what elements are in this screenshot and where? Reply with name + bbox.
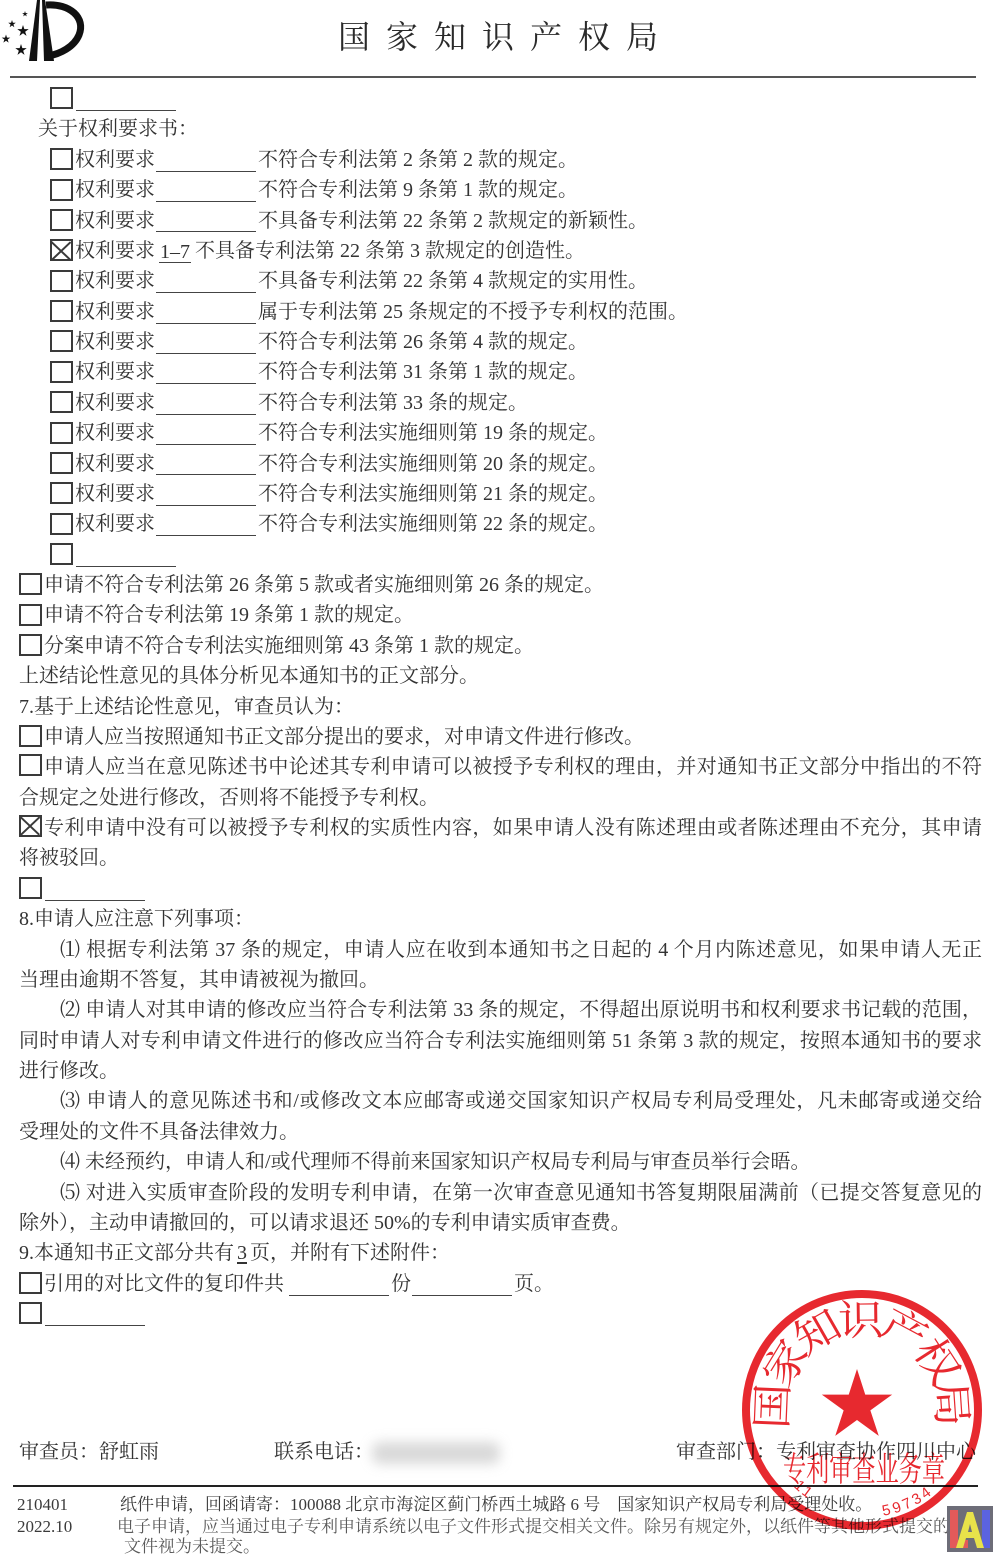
- redacted-phone: [372, 1442, 500, 1464]
- section9-heading-prefix: 9.本通知书正文部分共有: [19, 1242, 234, 1264]
- claim-item: 权利要求不符合专利法第 31 条第 1 款的规定。: [0, 357, 1000, 387]
- claim-text: 不符合专利法实施细则第 19 条的规定。: [258, 422, 608, 444]
- claim-item: 权利要求不符合专利法实施细则第 21 条的规定。: [0, 479, 1000, 509]
- notice-item-2-continued: 同时申请人对专利申请文件进行的修改应当符合专利法实施细则第 51 条第 3 款的…: [0, 1026, 1000, 1056]
- claim-item: 权利要求不符合专利法实施细则第 19 条的规定。: [0, 418, 1000, 448]
- checkbox[interactable]: [50, 543, 73, 565]
- claim-item: 权利要求不符合专利法第 26 条第 4 款的规定。: [0, 327, 1000, 357]
- other-field[interactable]: [76, 546, 176, 567]
- claim-item: 权利要求不符合专利法实施细则第 22 条的规定。: [0, 509, 1000, 539]
- checkbox[interactable]: [19, 725, 42, 747]
- claim-label: 权利要求: [75, 301, 155, 323]
- notice-item-5: ⑸ 对进入实质审查阶段的发明专利申请，在第一次审查意见通知书答复期限届满前（已提…: [0, 1178, 1000, 1208]
- checkbox[interactable]: [50, 179, 73, 201]
- claim-label: 权利要求: [75, 513, 155, 535]
- examiner-label: 审查员：: [19, 1441, 99, 1463]
- claim-item: 权利要求属于专利法第 25 条规定的不授予专利权的范围。: [0, 297, 1000, 327]
- application-item-text: 分案申请不符合专利法实施细则第 43 条第 1 款的规定。: [44, 635, 534, 657]
- application-item: 分案申请不符合专利法实施细则第 43 条第 1 款的规定。: [0, 631, 1000, 661]
- attachment-label: 引用的对比文件的复印件共: [44, 1273, 284, 1295]
- checkbox[interactable]: [50, 482, 73, 504]
- claim-label: 权利要求: [75, 361, 155, 383]
- examiner: 审查员：舒虹雨: [19, 1437, 159, 1467]
- section9-heading-suffix: 页，并附有下述附件：: [250, 1242, 450, 1264]
- checkbox[interactable]: [50, 391, 73, 413]
- claim-text: 不符合专利法实施细则第 22 条的规定。: [258, 513, 608, 535]
- notice-item-2: ⑵ 申请人对其申请的修改应当符合专利法第 33 条的规定，不得超出原说明书和权利…: [0, 995, 1000, 1025]
- checkbox[interactable]: [50, 513, 73, 535]
- application-item: 申请不符合专利法第 19 条第 1 款的规定。: [0, 600, 1000, 630]
- claim-label: 权利要求: [75, 392, 155, 414]
- form-date: 2022.10: [17, 1516, 72, 1537]
- notice-body: 关于权利要求书： 权利要求不符合专利法第 2 条第 2 款的规定。 权利要求不符…: [0, 84, 1000, 1329]
- checkbox[interactable]: [19, 877, 42, 899]
- page-count: 3: [234, 1242, 250, 1264]
- claim-item: 权利要求不符合专利法第 2 条第 2 款的规定。: [0, 145, 1000, 175]
- option-text: 申请人应当按照通知书正文部分提出的要求，对申请文件进行修改。: [44, 726, 644, 748]
- claims-heading: 关于权利要求书：: [0, 114, 1000, 144]
- claim-label: 权利要求: [75, 210, 155, 232]
- claim-text: 不符合专利法第 2 条第 2 款的规定。: [258, 149, 578, 171]
- checkbox[interactable]: [19, 1302, 42, 1324]
- notice-item-1-continued: 当理由逾期不答复，其申请被视为撤回。: [0, 965, 1000, 995]
- claim-label: 权利要求: [75, 149, 155, 171]
- application-item-text: 申请不符合专利法第 19 条第 1 款的规定。: [44, 604, 414, 626]
- checkbox[interactable]: [19, 604, 42, 626]
- notice-item-1: ⑴ 根据专利法第 37 条的规定，申请人应在收到本通知书之日起的 4 个月内陈述…: [0, 935, 1000, 965]
- la-watermark-logo-icon: [947, 1506, 993, 1552]
- claim-text: 不具备专利法第 22 条第 3 款规定的创造性。: [195, 240, 585, 262]
- section7-option-rejection: 专利申请中没有可以被授予专利权的实质性内容，如果申请人没有陈述理由或者陈述理由不…: [0, 813, 1000, 843]
- claim-numbers-field[interactable]: [156, 363, 256, 384]
- claim-item: 权利要求不符合专利法实施细则第 20 条的规定。: [0, 449, 1000, 479]
- checkbox[interactable]: [50, 452, 73, 474]
- checkbox[interactable]: [50, 330, 73, 352]
- checkbox[interactable]: [50, 239, 73, 261]
- claim-numbers-field[interactable]: [156, 485, 256, 506]
- claim-item-inventiveness: 权利要求1–7不具备专利法第 22 条第 3 款规定的创造性。: [0, 236, 1000, 266]
- claim-text: 不符合专利法实施细则第 20 条的规定。: [258, 453, 608, 475]
- notice-item-3: ⑶ 申请人的意见陈述书和/或修改文本应邮寄或递交国家知识产权局专利局受理处，凡未…: [0, 1086, 1000, 1116]
- claim-numbers-field[interactable]: [156, 211, 256, 232]
- section9-heading: 9.本通知书正文部分共有3页，并附有下述附件：: [0, 1238, 1000, 1268]
- footer-electronic-filing-continued: 文件视为未提交。: [124, 1536, 260, 1556]
- analysis-note: 上述结论性意见的具体分析见本通知书的正文部分。: [0, 661, 1000, 691]
- examiner-name: 舒虹雨: [99, 1441, 159, 1463]
- other-field[interactable]: [45, 1305, 145, 1326]
- claim-numbers-field[interactable]: [156, 151, 256, 172]
- section7-option: 申请人应当在意见陈述书中论述其专利申请可以被授予专利权的理由，并对通知书正文部分…: [0, 752, 1000, 782]
- cnipa-logo-icon: [0, 0, 86, 64]
- notice-item-5-continued: 除外），主动申请撤回的，可以请求退还 50%的专利申请实质审查费。: [0, 1208, 1000, 1238]
- claim-label: 权利要求: [75, 422, 155, 444]
- checkbox[interactable]: [19, 573, 42, 595]
- claim-numbers-field[interactable]: [156, 181, 256, 202]
- notice-item-3-continued: 受理处的文件不具备法律效力。: [0, 1117, 1000, 1147]
- claim-text: 属于专利法第 25 条规定的不授予专利权的范围。: [258, 301, 688, 323]
- claim-numbers-field[interactable]: [156, 515, 256, 536]
- checkbox[interactable]: [50, 300, 73, 322]
- checkbox[interactable]: [50, 422, 73, 444]
- phone-label: 联系电话：: [274, 1437, 374, 1467]
- option-text: 专利申请中没有可以被授予专利权的实质性内容，如果申请人没有陈述理由或者陈述理由不…: [44, 813, 982, 843]
- notice-item-4: ⑷ 未经预约，申请人和/或代理师不得前来国家知识产权局专利局与审查员举行会晤。: [0, 1147, 1000, 1177]
- notice-item-2-continued: 进行修改。: [0, 1056, 1000, 1086]
- star-icon: [822, 1369, 892, 1436]
- section7-heading: 7.基于上述结论性意见，审查员认为：: [0, 692, 1000, 722]
- claim-item: 权利要求不符合专利法第 9 条第 1 款的规定。: [0, 175, 1000, 205]
- claim-numbers-field[interactable]: [156, 272, 256, 293]
- checkbox[interactable]: [19, 634, 42, 656]
- section8-heading: 8.申请人应注意下列事项：: [0, 904, 1000, 934]
- pages-field[interactable]: [412, 1275, 512, 1296]
- form-code: 210401: [17, 1494, 68, 1515]
- claim-label: 权利要求: [75, 453, 155, 475]
- checkbox[interactable]: [50, 270, 73, 292]
- claim-label: 权利要求: [75, 179, 155, 201]
- claim-text: 不符合专利法第 31 条第 1 款的规定。: [258, 361, 588, 383]
- checkbox[interactable]: [50, 361, 73, 383]
- claim-item: 权利要求不符合专利法第 33 条的规定。: [0, 388, 1000, 418]
- claims-other-item: [0, 540, 1000, 570]
- claim-numbers-field[interactable]: [156, 394, 256, 415]
- option-text-continued: 将被驳回。: [0, 843, 1000, 873]
- checkbox[interactable]: [19, 754, 42, 776]
- claim-numbers-field[interactable]: 1–7: [159, 242, 191, 263]
- claim-text: 不符合专利法第 33 条的规定。: [258, 392, 528, 414]
- top-other-item: [0, 84, 1000, 114]
- claim-label: 权利要求: [75, 483, 155, 505]
- application-item-text: 申请不符合专利法第 26 条第 5 款或者实施细则第 26 条的规定。: [44, 574, 604, 596]
- checkbox[interactable]: [19, 1272, 42, 1294]
- option-text: 申请人应当在意见陈述书中论述其专利申请可以被授予专利权的理由，并对通知书正文部分…: [44, 752, 982, 782]
- other-field[interactable]: [76, 90, 176, 111]
- claim-label: 权利要求: [75, 331, 155, 353]
- claim-numbers-field[interactable]: [156, 454, 256, 475]
- claim-label: 权利要求: [75, 240, 155, 262]
- claim-numbers-field[interactable]: [156, 333, 256, 354]
- claim-text: 不符合专利法实施细则第 21 条的规定。: [258, 483, 608, 505]
- checkbox[interactable]: [19, 815, 42, 837]
- claim-item: 权利要求不具备专利法第 22 条第 2 款规定的新颖性。: [0, 206, 1000, 236]
- claim-text: 不符合专利法第 26 条第 4 款的规定。: [258, 331, 588, 353]
- claim-text: 不符合专利法第 9 条第 1 款的规定。: [258, 179, 578, 201]
- page-title: 国家知识产权局: [338, 17, 674, 57]
- claim-text: 不具备专利法第 22 条第 2 款规定的新颖性。: [258, 210, 648, 232]
- claim-item: 权利要求不具备专利法第 22 条第 4 款规定的实用性。: [0, 266, 1000, 296]
- option-text-continued: 合规定之处进行修改，否则将不能授予专利权。: [0, 783, 1000, 813]
- header-divider: [10, 76, 976, 78]
- other-field[interactable]: [45, 880, 145, 901]
- claim-numbers-field[interactable]: [156, 424, 256, 445]
- claim-label: 权利要求: [75, 270, 155, 292]
- pages-unit: 页。: [514, 1273, 554, 1295]
- section7-other-item: [0, 874, 1000, 904]
- checkbox[interactable]: [50, 148, 73, 170]
- claim-text: 不具备专利法第 22 条第 4 款规定的实用性。: [258, 270, 648, 292]
- application-item: 申请不符合专利法第 26 条第 5 款或者实施细则第 26 条的规定。: [0, 570, 1000, 600]
- checkbox[interactable]: [50, 87, 73, 109]
- claim-numbers-field[interactable]: [156, 303, 256, 324]
- section7-option: 申请人应当按照通知书正文部分提出的要求，对申请文件进行修改。: [0, 722, 1000, 752]
- checkbox[interactable]: [50, 209, 73, 231]
- copies-unit: 份: [391, 1273, 411, 1295]
- copies-field[interactable]: [289, 1275, 389, 1296]
